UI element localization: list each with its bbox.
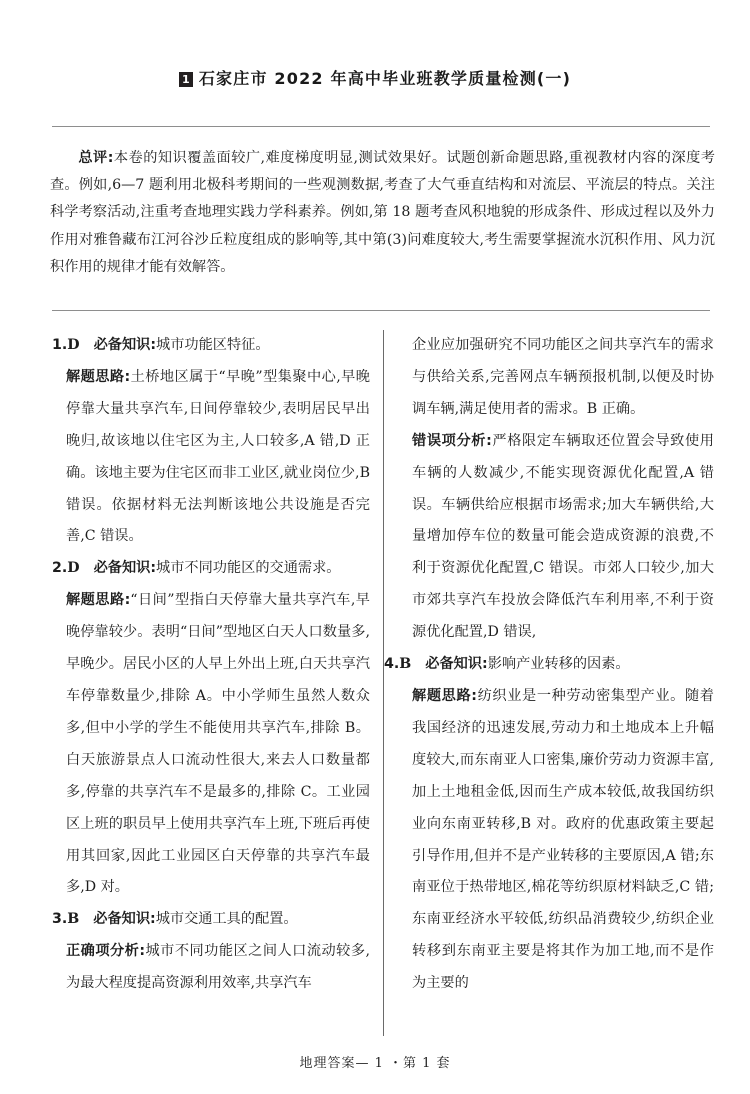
question-header: 2.D必备知识:城市不同功能区的交通需求。 (52, 553, 370, 585)
page-footer: 地理答案— 1 ・第 1 套 (0, 1052, 750, 1071)
top-divider (52, 126, 710, 127)
knowledge-label: 必备知识: (425, 656, 487, 672)
question-number: 4.B (384, 656, 411, 672)
summary-divider (52, 310, 710, 311)
question-header: 1.D必备知识:城市功能区特征。 (52, 330, 370, 362)
wrong-option-analysis: 错误项分析:严格限定车辆取还位置会导致使用车辆的人数减少,不能实现资源优化配置,… (398, 426, 714, 649)
title-text: 石家庄市 2022 年高中毕业班教学质量检测(一) (199, 69, 571, 88)
knowledge-text: 城市不同功能区的交通需求。 (156, 560, 340, 576)
question-3: 3.B必备知识:城市交通工具的配置。 正确项分析:城市不同功能区之间人口流动较多… (52, 904, 370, 1000)
knowledge-label: 必备知识: (94, 560, 156, 576)
analysis-text: 纺织业是一种劳动密集型产业。随着我国经济的迅速发展,劳动力和土地成本上升幅度较大… (412, 688, 714, 991)
question-3-continued: 企业应加强研究不同功能区之间共享汽车的需求与供给关系,完善网点车辆预报机制,以便… (398, 330, 714, 426)
column-divider (383, 330, 384, 1036)
summary-section: 总评:本卷的知识覆盖面较广,难度梯度明显,测试效果好。试题创新命题思路,重视教材… (50, 145, 715, 281)
analysis-text: “日间”型指白天停靠大量共享汽车,早晚停靠较少。表明“日间”型地区白天人口数量多… (66, 592, 370, 895)
knowledge-label: 必备知识: (93, 911, 155, 927)
question-header: 3.B必备知识:城市交通工具的配置。 (52, 904, 370, 936)
question-2: 2.D必备知识:城市不同功能区的交通需求。 解题思路:“日间”型指白天停靠大量共… (52, 553, 370, 904)
analysis-paragraph: 解题思路:纺织业是一种劳动密集型产业。随着我国经济的迅速发展,劳动力和土地成本上… (398, 681, 714, 1000)
analysis-label: 解题思路: (412, 688, 477, 704)
right-column: 企业应加强研究不同功能区之间共享汽车的需求与供给关系,完善网点车辆预报机制,以便… (398, 330, 714, 1000)
knowledge-text: 城市功能区特征。 (156, 337, 270, 353)
analysis-label: 正确项分析: (66, 943, 145, 959)
summary-text: 本卷的知识覆盖面较广,难度梯度明显,测试效果好。试题创新命题思路,重视教材内容的… (50, 150, 715, 275)
analysis-text: 土桥地区属于“早晚”型集聚中心,早晚停靠大量共享汽车,日间停靠较少,表明居民早出… (66, 369, 370, 545)
question-header: 4.B必备知识:影响产业转移的因素。 (384, 649, 714, 681)
knowledge-label: 必备知识: (94, 337, 156, 353)
analysis-paragraph: 解题思路:土桥地区属于“早晚”型集聚中心,早晚停靠大量共享汽车,日间停靠较少,表… (52, 362, 370, 553)
question-number: 3.B (52, 911, 79, 927)
summary-paragraph: 总评:本卷的知识覆盖面较广,难度梯度明显,测试效果好。试题创新命题思路,重视教材… (50, 145, 715, 281)
question-number: 2.D (52, 560, 80, 576)
section-number-badge: 1 (179, 72, 193, 87)
analysis-paragraph: 正确项分析:城市不同功能区之间人口流动较多,为最大程度提高资源利用效率,共享汽车 (52, 936, 370, 1000)
wrong-analysis-label: 错误项分析: (412, 433, 492, 449)
question-number: 1.D (52, 337, 80, 353)
summary-label: 总评: (78, 150, 113, 166)
analysis-paragraph: 解题思路:“日间”型指白天停靠大量共享汽车,早晚停靠较少。表明“日间”型地区白天… (52, 585, 370, 904)
analysis-label: 解题思路: (66, 592, 130, 608)
question-1: 1.D必备知识:城市功能区特征。 解题思路:土桥地区属于“早晚”型集聚中心,早晚… (52, 330, 370, 553)
analysis-label: 解题思路: (66, 369, 130, 385)
question-4: 4.B必备知识:影响产业转移的因素。 解题思路:纺织业是一种劳动密集型产业。随着… (398, 649, 714, 1000)
page-title: 1石家庄市 2022 年高中毕业班教学质量检测(一) (0, 66, 750, 89)
wrong-analysis-text: 严格限定车辆取还位置会导致使用车辆的人数减少,不能实现资源优化配置,A 错误。车… (412, 433, 714, 640)
left-column: 1.D必备知识:城市功能区特征。 解题思路:土桥地区属于“早晚”型集聚中心,早晚… (52, 330, 370, 1000)
knowledge-text: 影响产业转移的因素。 (488, 656, 630, 672)
knowledge-text: 城市交通工具的配置。 (156, 911, 298, 927)
